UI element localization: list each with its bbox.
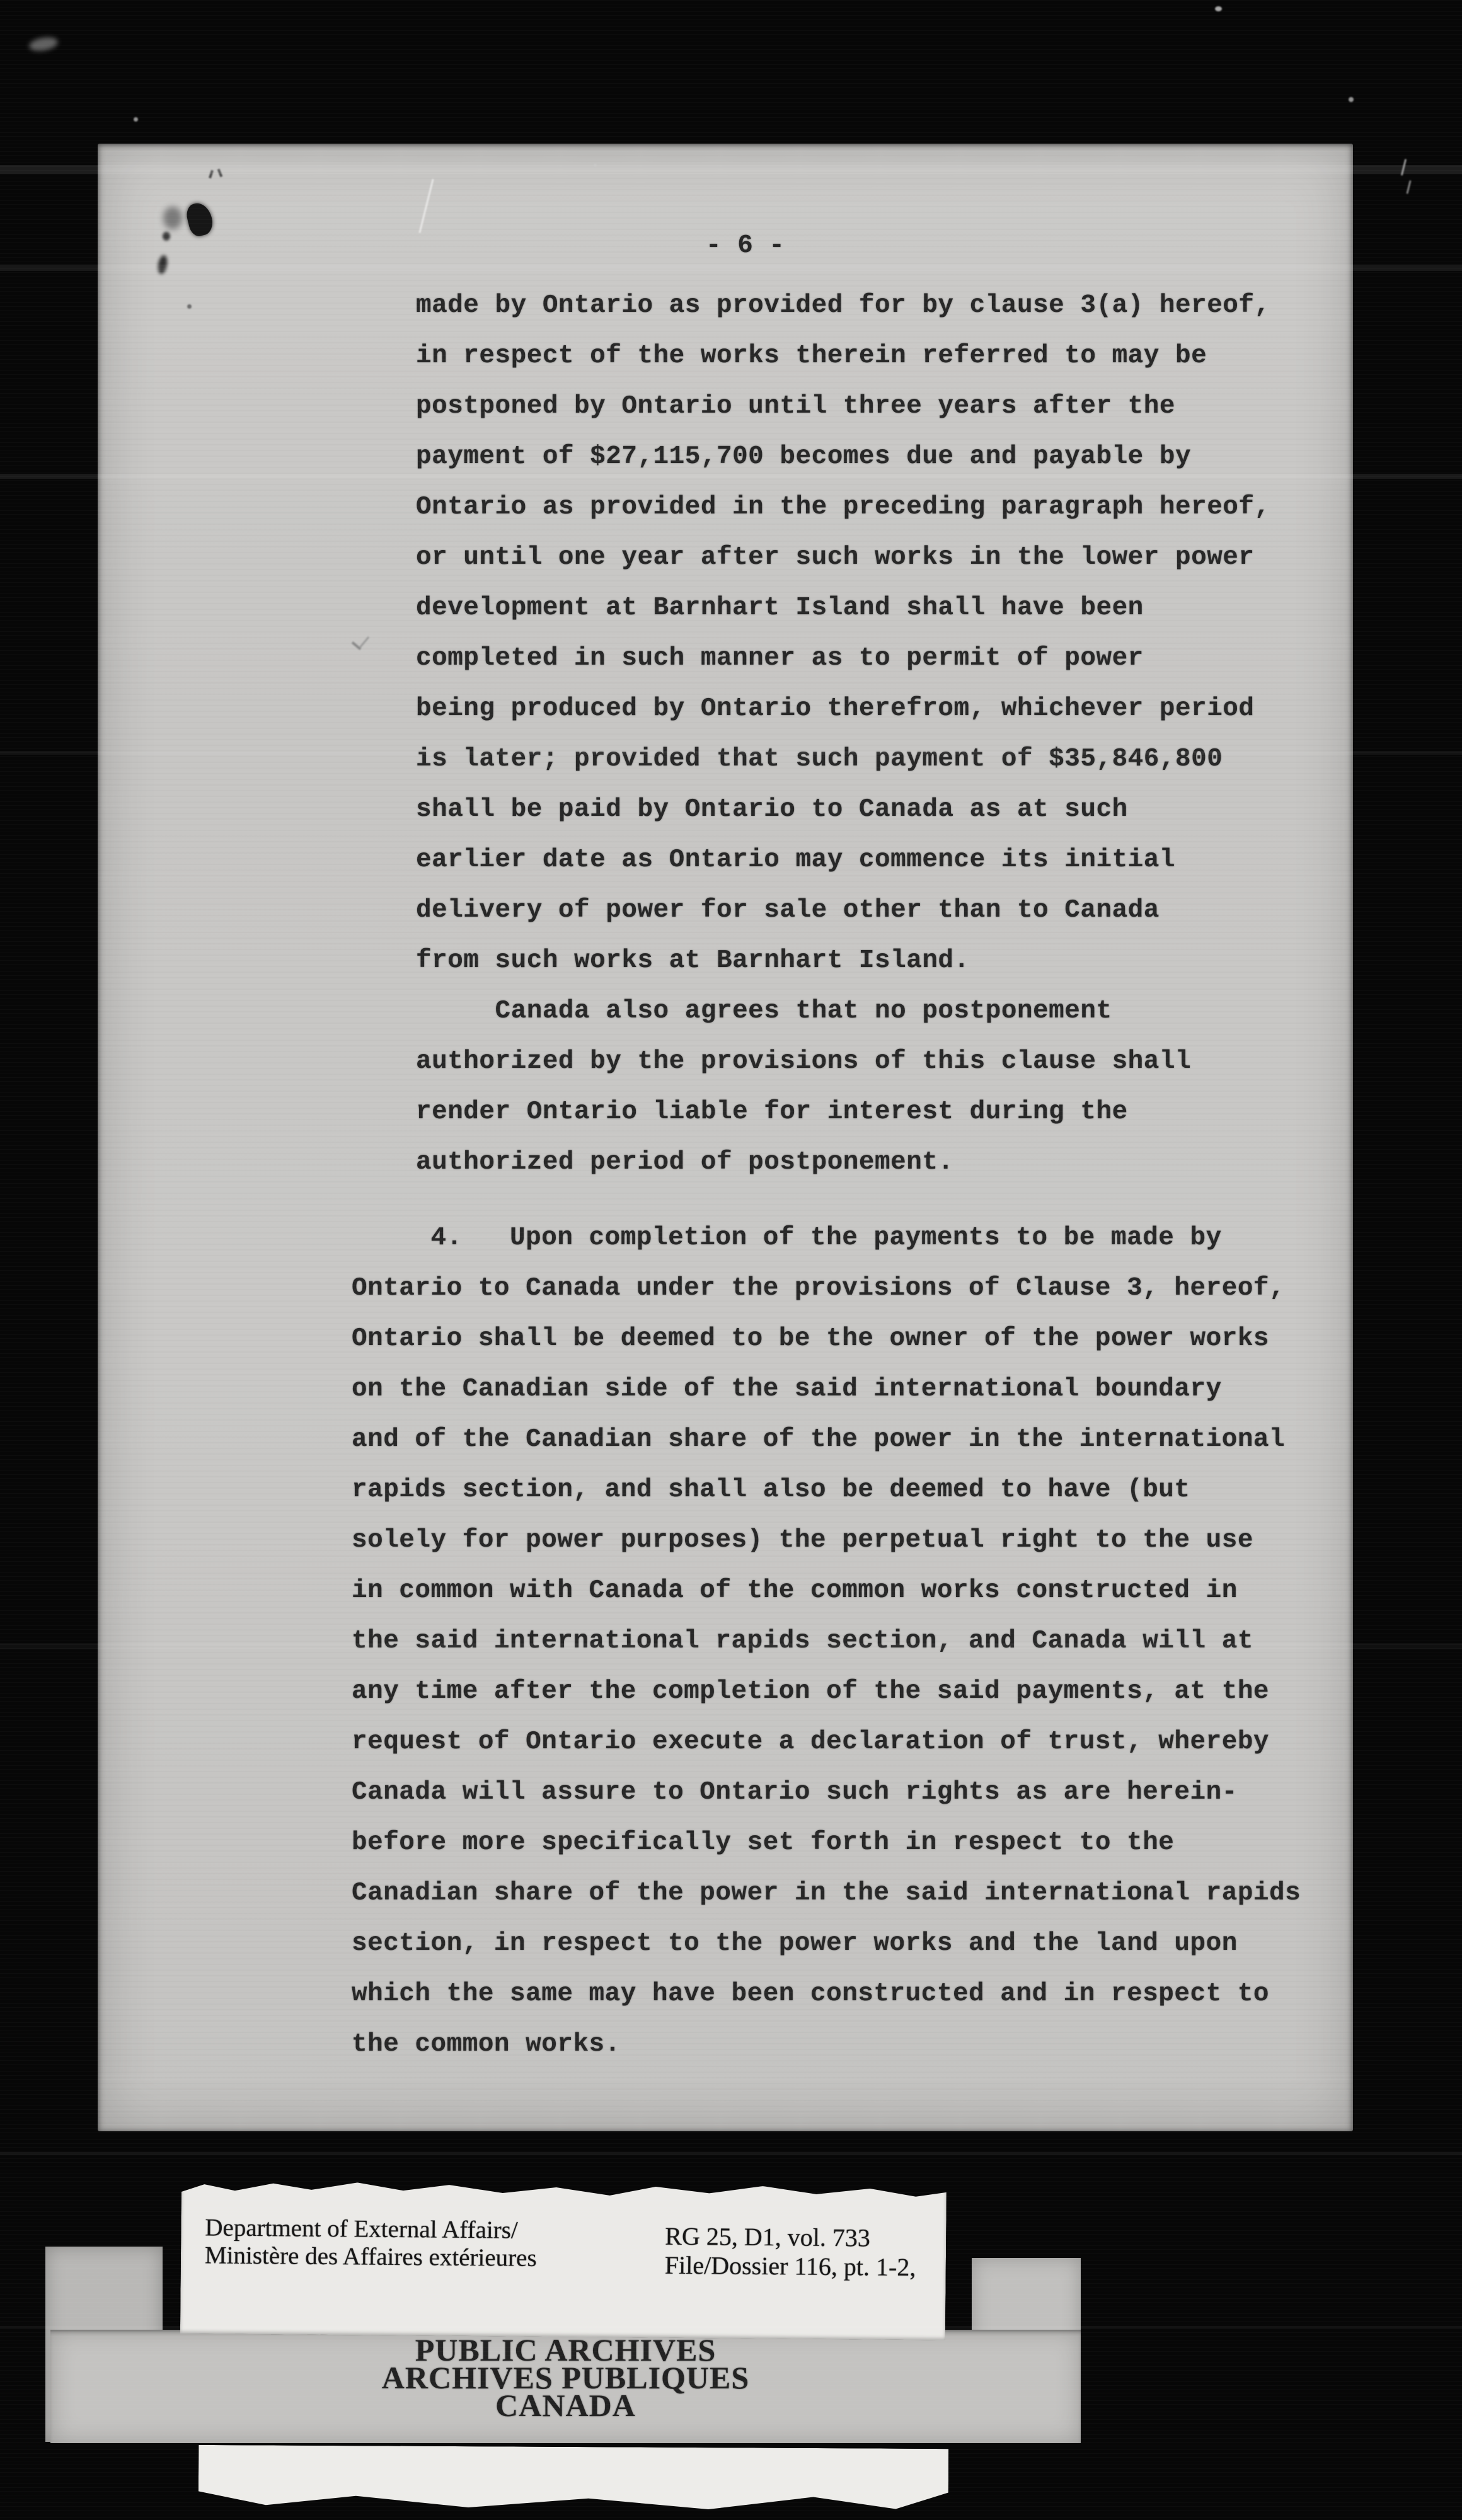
text-line: from such works at Barnhart Island.	[416, 936, 1270, 986]
ink-dot	[157, 255, 169, 275]
pen-tick	[217, 169, 223, 178]
department-name-en: Department of External Affairs/	[205, 2214, 537, 2245]
ink-dot	[187, 304, 192, 309]
text-line: Ontario shall be deemed to be the owner …	[352, 1314, 1301, 1364]
text-line: in common with Canada of the common work…	[352, 1566, 1301, 1616]
archive-reference-label: Department of External Affairs/ Ministèr…	[180, 2181, 947, 2340]
public-archives-stamp-strip: PUBLIC ARCHIVES ARCHIVES PUBLIQUES CANAD…	[50, 2330, 1081, 2443]
text-line: authorized by the provisions of this cla…	[416, 1036, 1191, 1087]
text-line: completed in such manner as to permit of…	[416, 633, 1270, 684]
text-line: being produced by Ontario therefrom, whi…	[416, 684, 1270, 734]
text-line: the common works.	[352, 2019, 1301, 2070]
text-line: Canada will assure to Ontario such right…	[352, 1767, 1301, 1818]
text-line: 4. Upon completion of the payments to be…	[352, 1213, 1301, 1263]
microfilm-scan: - 6 - made by Ontario as provided for by…	[0, 0, 1462, 2520]
stamp-line: CANADA	[50, 2391, 1081, 2419]
reference-file: File/Dossier 116, pt. 1-2,	[665, 2251, 916, 2282]
archive-reference: RG 25, D1, vol. 733 File/Dossier 116, pt…	[665, 2222, 916, 2282]
text-line: authorized period of postponement.	[416, 1137, 1191, 1188]
dust-speck	[1406, 180, 1411, 194]
text-line: earlier date as Ontario may commence its…	[416, 835, 1270, 885]
text-line: section, in respect to the power works a…	[352, 1918, 1301, 1969]
ink-blot	[184, 200, 215, 238]
text-line: Ontario as provided in the preceding par…	[416, 482, 1270, 532]
text-line: postponed by Ontario until three years a…	[416, 381, 1270, 432]
paper-strip-bottom	[199, 2445, 949, 2513]
text-line: is later; provided that such payment of …	[416, 734, 1270, 784]
text-line: or until one year after such works in th…	[416, 532, 1270, 583]
text-line: on the Canadian side of the said interna…	[352, 1364, 1301, 1414]
scan-band	[0, 2152, 1462, 2155]
dust-speck	[1215, 6, 1222, 11]
text-line: Canadian share of the power in the said …	[352, 1868, 1301, 1918]
dust-speck	[1401, 159, 1407, 176]
text-line: before more specifically set forth in re…	[352, 1818, 1301, 1868]
text-line: rapids section, and shall also be deemed…	[352, 1465, 1301, 1515]
clause3-continuation-text: made by Ontario as provided for by claus…	[416, 280, 1270, 986]
dust-speck	[134, 117, 138, 122]
text-line: request of Ontario execute a declaration…	[352, 1717, 1301, 1767]
clause4-paragraph-text: 4. Upon completion of the payments to be…	[352, 1213, 1301, 2070]
text-line: Canada also agrees that no postponement	[416, 986, 1191, 1036]
department-name: Department of External Affairs/ Ministèr…	[205, 2214, 537, 2272]
reference-volume: RG 25, D1, vol. 733	[665, 2222, 916, 2253]
ink-smear	[163, 207, 182, 229]
text-line: the said international rapids section, a…	[352, 1616, 1301, 1666]
text-line: made by Ontario as provided for by claus…	[416, 280, 1270, 331]
text-line: Ontario to Canada under the provisions o…	[352, 1263, 1301, 1314]
department-name-fr: Ministère des Affaires extérieures	[205, 2242, 537, 2272]
public-archives-stamp: PUBLIC ARCHIVES ARCHIVES PUBLIQUES CANAD…	[50, 2336, 1081, 2419]
film-scratch	[418, 179, 434, 233]
text-line: in respect of the works therein referred…	[416, 331, 1270, 381]
document-page: - 6 - made by Ontario as provided for by…	[98, 144, 1353, 2131]
text-line: payment of $27,115,700 becomes due and p…	[416, 432, 1270, 482]
text-line: which the same may have been constructed…	[352, 1969, 1301, 2019]
text-line: render Ontario liable for interest durin…	[416, 1087, 1191, 1137]
text-line: and of the Canadian share of the power i…	[352, 1414, 1301, 1465]
page-number: - 6 -	[706, 220, 785, 271]
text-line: solely for power purposes) the perpetual…	[352, 1515, 1301, 1566]
dust-speck	[1349, 97, 1354, 102]
margin-check-mark	[352, 641, 362, 650]
text-line: shall be paid by Ontario to Canada as at…	[416, 784, 1270, 835]
dust-speck	[28, 35, 59, 53]
postponement-paragraph-text: Canada also agrees that no postponementa…	[416, 986, 1191, 1188]
text-line: any time after the completion of the sai…	[352, 1666, 1301, 1717]
pen-tick	[209, 170, 214, 179]
margin-check-mark	[359, 636, 369, 648]
text-line: development at Barnhart Island shall hav…	[416, 583, 1270, 633]
text-line: delivery of power for sale other than to…	[416, 885, 1270, 936]
ink-dot	[163, 232, 170, 241]
